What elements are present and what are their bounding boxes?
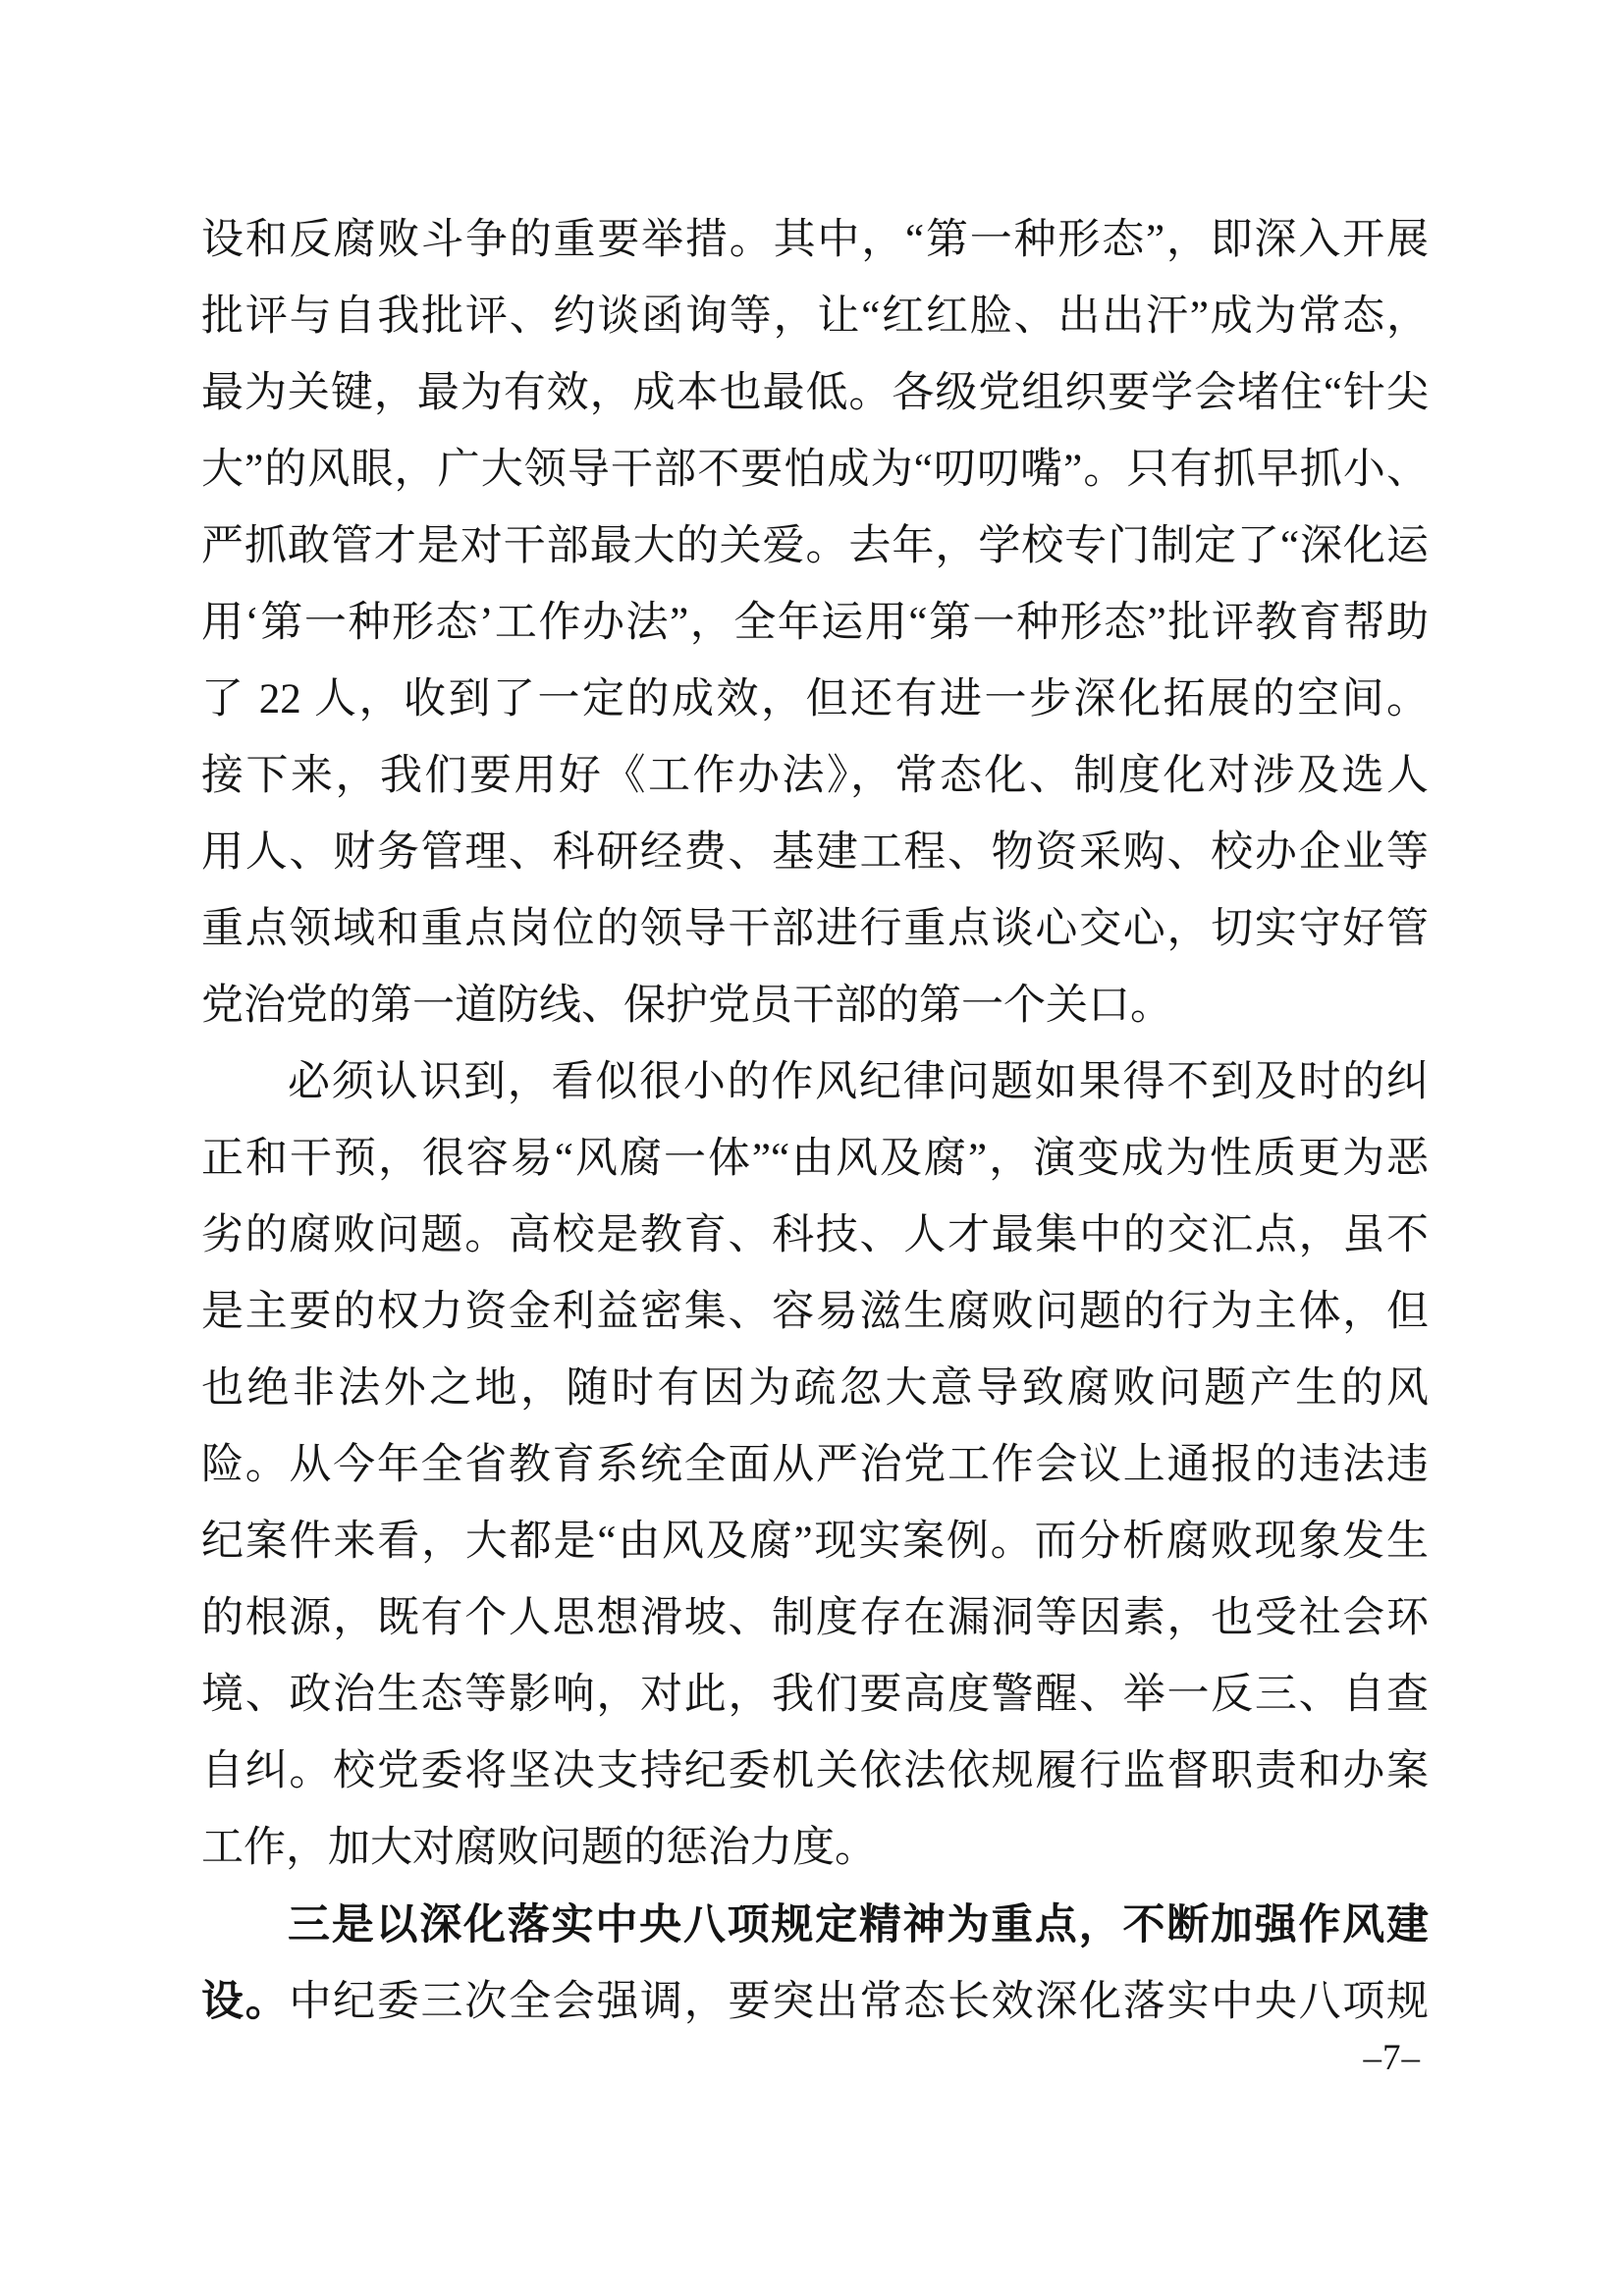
text-line: 工作，加大对腐败问题的惩治力度。 — [201, 1810, 1429, 1887]
text-segment: 党治党的第一道防线、保护党员干部的第一个关口。 — [201, 983, 1172, 1029]
text-segment: 严抓敢管才是对干部最大的关爱。去年，学校专门制定了“深化运 — [201, 523, 1429, 569]
document-page: 设和反腐败斗争的重要举措。其中，“第一种形态”，即深入开展批评与自我批评、约谈函… — [0, 0, 1624, 2296]
document-body: 设和反腐败斗争的重要举措。其中，“第一种形态”，即深入开展批评与自我批评、约谈函… — [201, 202, 1429, 2040]
text-segment: 重点领域和重点岗位的领导干部进行重点谈心交心，切实守好管 — [201, 906, 1429, 952]
text-line: 纪案件来看，大都是“由风及腐”现实案例。而分析腐败现象发生 — [201, 1504, 1429, 1580]
bold-text-segment: 三是以深化落实中央八项规定精神为重点，不断加强作风建 — [288, 1901, 1429, 1949]
text-line: 了 22 人，收到了一定的成效，但还有进一步深化拓展的空间。 — [201, 662, 1429, 738]
text-line: 设和反腐败斗争的重要举措。其中，“第一种形态”，即深入开展 — [201, 202, 1429, 279]
text-segment: 纪案件来看，大都是“由风及腐”现实案例。而分析腐败现象发生 — [201, 1519, 1429, 1565]
text-line: 设。中纪委三次全会强调，要突出常态长效深化落实中央八项规 — [201, 1963, 1429, 2040]
text-line: 最为关键，最为有效，成本也最低。各级党组织要学会堵住“针尖 — [201, 355, 1429, 432]
text-line: 正和干预，很容易“风腐一体”“由风及腐”，演变成为性质更为恶 — [201, 1121, 1429, 1198]
text-line: 险。从今年全省教育系统全面从严治党工作会议上通报的违法违 — [201, 1427, 1429, 1504]
text-line: 用‘第一种形态’工作办法”，全年运用“第一种形态”批评教育帮助 — [201, 585, 1429, 662]
text-line: 自纠。校党委将坚决支持纪委机关依法依规履行监督职责和办案 — [201, 1734, 1429, 1810]
text-line: 的根源，既有个人思想滑坡、制度存在漏洞等因素，也受社会环 — [201, 1580, 1429, 1657]
text-segment: 自纠。校党委将坚决支持纪委机关依法依规履行监督职责和办案 — [201, 1748, 1429, 1794]
text-segment: 险。从今年全省教育系统全面从严治党工作会议上通报的违法违 — [201, 1442, 1429, 1488]
text-line: 三是以深化落实中央八项规定精神为重点，不断加强作风建 — [201, 1887, 1429, 1963]
text-line: 必须认识到，看似很小的作风纪律问题如果得不到及时的纠 — [201, 1044, 1429, 1121]
text-segment: 接下来，我们要用好《工作办法》，常态化、制度化对涉及选人 — [201, 753, 1429, 799]
page-number: –7– — [1364, 2038, 1422, 2079]
text-segment: 批评与自我批评、约谈函询等，让“红红脸、出出汗”成为常态， — [201, 294, 1429, 340]
text-line: 接下来，我们要用好《工作办法》，常态化、制度化对涉及选人 — [201, 738, 1429, 815]
text-segment: 设和反腐败斗争的重要举措。其中，“第一种形态”，即深入开展 — [201, 217, 1429, 263]
text-segment: 了 22 人，收到了一定的成效，但还有进一步深化拓展的空间。 — [201, 676, 1429, 722]
text-segment: 境、政治生态等影响，对此，我们要高度警醒、举一反三、自查 — [201, 1672, 1429, 1718]
text-line: 党治党的第一道防线、保护党员干部的第一个关口。 — [201, 968, 1429, 1044]
bold-text-segment: 设。 — [201, 1978, 289, 2025]
text-segment: 大”的风眼，广大领导干部不要怕成为“叨叨嘴”。只有抓早抓小、 — [201, 447, 1429, 493]
text-segment: 是主要的权力资金利益密集、容易滋生腐败问题的行为主体，但 — [201, 1289, 1429, 1335]
text-line: 严抓敢管才是对干部最大的关爱。去年，学校专门制定了“深化运 — [201, 508, 1429, 585]
text-line: 劣的腐败问题。高校是教育、科技、人才最集中的交汇点，虽不 — [201, 1198, 1429, 1274]
text-line: 也绝非法外之地，随时有因为疏忽大意导致腐败问题产生的风 — [201, 1351, 1429, 1427]
text-line: 境、政治生态等影响，对此，我们要高度警醒、举一反三、自查 — [201, 1657, 1429, 1734]
text-segment: 也绝非法外之地，随时有因为疏忽大意导致腐败问题产生的风 — [201, 1365, 1429, 1412]
text-segment: 工作，加大对腐败问题的惩治力度。 — [201, 1825, 877, 1871]
text-segment: 必须认识到，看似很小的作风纪律问题如果得不到及时的纠 — [288, 1059, 1429, 1105]
text-segment: 中纪委三次全会强调，要突出常态长效深化落实中央八项规 — [289, 1979, 1429, 2025]
text-segment: 的根源，既有个人思想滑坡、制度存在漏洞等因素，也受社会环 — [201, 1595, 1429, 1641]
text-line: 批评与自我批评、约谈函询等，让“红红脸、出出汗”成为常态， — [201, 279, 1429, 355]
text-line: 用人、财务管理、科研经费、基建工程、物资采购、校办企业等 — [201, 815, 1429, 891]
text-segment: 正和干预，很容易“风腐一体”“由风及腐”，演变成为性质更为恶 — [201, 1136, 1429, 1182]
text-segment: 劣的腐败问题。高校是教育、科技、人才最集中的交汇点，虽不 — [201, 1212, 1429, 1258]
text-line: 大”的风眼，广大领导干部不要怕成为“叨叨嘴”。只有抓早抓小、 — [201, 432, 1429, 508]
text-line: 重点领域和重点岗位的领导干部进行重点谈心交心，切实守好管 — [201, 891, 1429, 968]
text-segment: 最为关键，最为有效，成本也最低。各级党组织要学会堵住“针尖 — [201, 370, 1429, 416]
text-segment: 用人、财务管理、科研经费、基建工程、物资采购、校办企业等 — [201, 829, 1429, 876]
text-line: 是主要的权力资金利益密集、容易滋生腐败问题的行为主体，但 — [201, 1274, 1429, 1351]
text-segment: 用‘第一种形态’工作办法”，全年运用“第一种形态”批评教育帮助 — [201, 600, 1429, 646]
